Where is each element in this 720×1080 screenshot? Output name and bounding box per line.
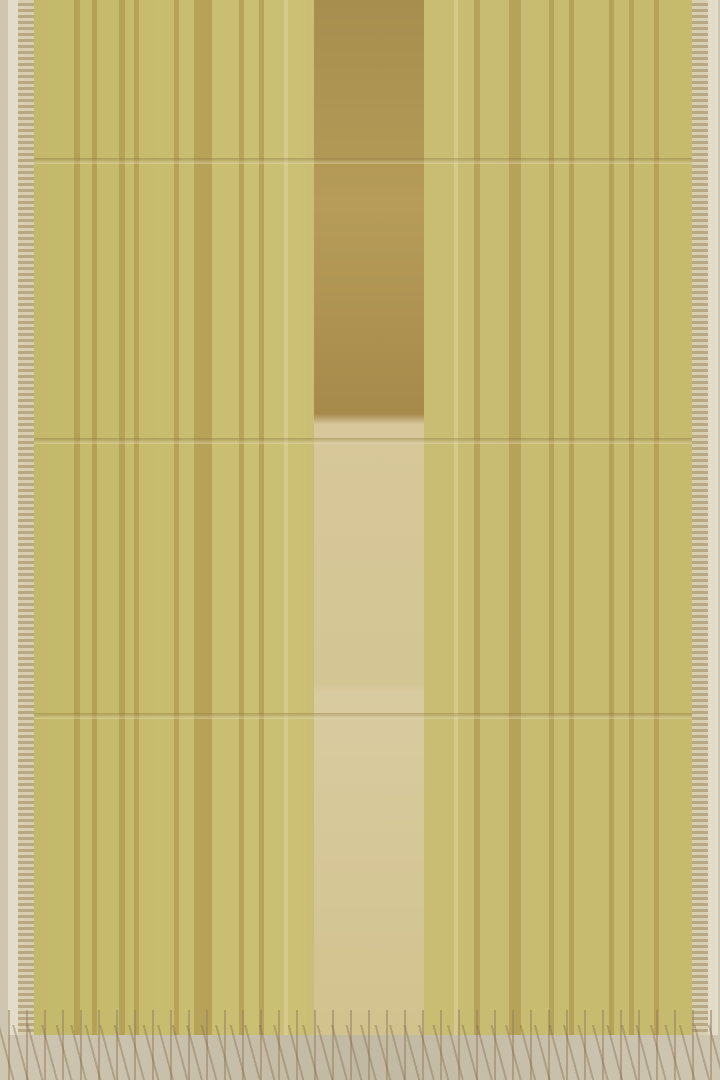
- zari-stripe: [474, 0, 480, 1035]
- zari-stripe: [509, 0, 521, 1035]
- tassel-fringe-threads: [0, 1025, 720, 1080]
- zari-stripe: [654, 0, 659, 1035]
- zari-stripe: [454, 0, 458, 1035]
- zari-stripe: [569, 0, 574, 1035]
- border-edge-left: [8, 0, 18, 1035]
- zari-stripe: [629, 0, 634, 1035]
- zari-center-band: [314, 0, 424, 1035]
- zari-stripe: [284, 0, 288, 1035]
- zari-stripe: [74, 0, 80, 1035]
- fold-line: [34, 438, 692, 444]
- fold-line: [34, 158, 692, 164]
- zari-stripe: [119, 0, 125, 1035]
- zari-stripe: [239, 0, 244, 1035]
- dupatta-fabric: [8, 0, 718, 1035]
- fold-line: [34, 713, 692, 719]
- zari-stripe: [92, 0, 97, 1035]
- fabric-body: [34, 0, 692, 1035]
- zari-stripe: [549, 0, 554, 1035]
- zari-stripe: [609, 0, 614, 1035]
- zari-stripe: [134, 0, 139, 1035]
- zari-stripe: [194, 0, 212, 1035]
- zari-stripe: [259, 0, 264, 1035]
- border-edge-right: [708, 0, 718, 1035]
- zari-stripe: [174, 0, 179, 1035]
